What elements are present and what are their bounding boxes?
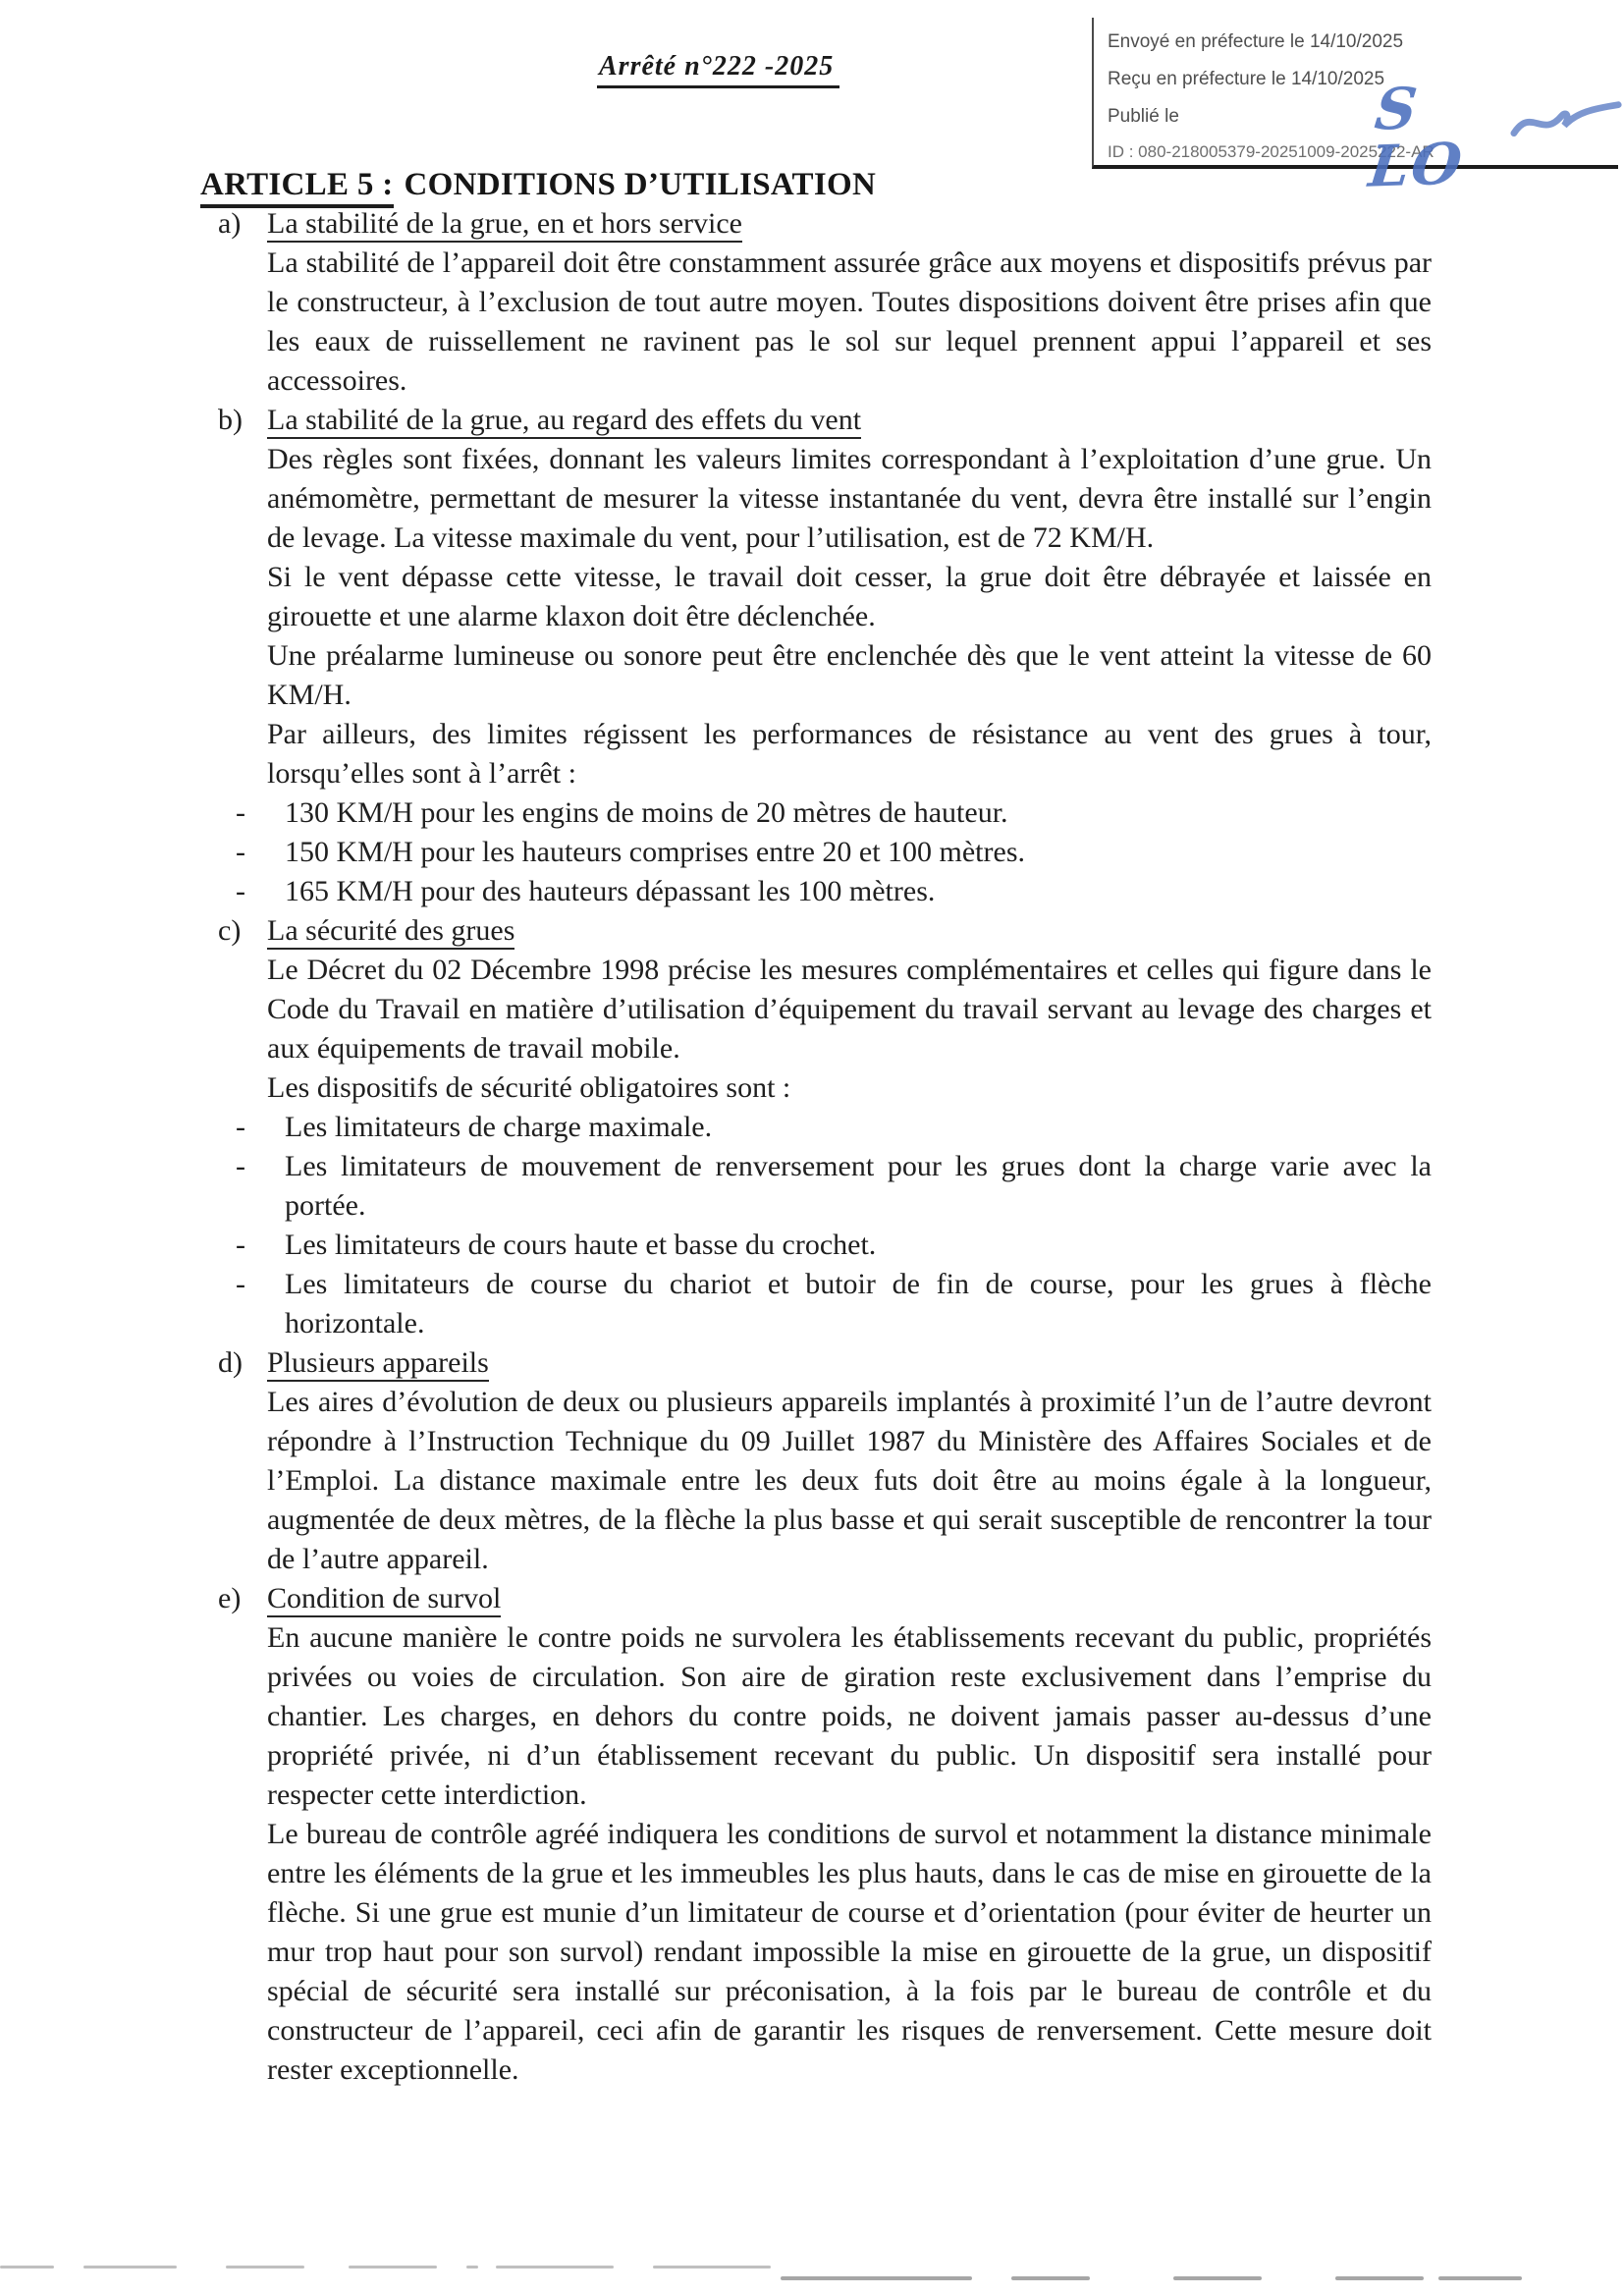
dash-marker: - — [236, 793, 245, 833]
section-e-heading: e) Condition de survol — [267, 1579, 1432, 1618]
list-item-text: Les limitateurs de mouvement de renverse… — [285, 1150, 1432, 1222]
article-title-number: ARTICLE 5 : — [200, 167, 394, 208]
scan-artifact — [349, 2266, 437, 2269]
list-item-text: Les limitateurs de charge maximale. — [285, 1111, 712, 1143]
scanned-document-page: Arrêté n°222 -2025 Envoyé en préfecture … — [0, 0, 1624, 2296]
list-item: -Les limitateurs de mouvement de renvers… — [267, 1147, 1432, 1226]
article-content: ARTICLE 5 :CONDITIONS D’UTILISATION a) L… — [200, 165, 1432, 2090]
section-b-label: b) — [218, 401, 243, 440]
list-item: -Les limitateurs de charge maximale. — [267, 1108, 1432, 1147]
section-a-heading: a) La stabilité de la grue, en et hors s… — [267, 204, 1432, 244]
scan-artifact — [1011, 2276, 1090, 2280]
section-d-title: Plusieurs appareils — [267, 1346, 489, 1382]
list-item-text: Les limitateurs de course du chariot et … — [285, 1268, 1432, 1339]
dash-marker: - — [236, 1108, 245, 1147]
list-item: -165 KM/H pour des hauteurs dépassant le… — [267, 872, 1432, 911]
scan-artifact — [83, 2266, 177, 2269]
list-item: -Les limitateurs de course du chariot et… — [267, 1265, 1432, 1343]
section-d: d) Plusieurs appareils Les aires d’évolu… — [267, 1343, 1432, 1579]
dash-marker: - — [236, 1265, 245, 1304]
paragraph: Le bureau de contrôle agréé indiquera le… — [267, 1815, 1432, 2090]
section-c-label: c) — [218, 911, 241, 951]
paragraph: Le Décret du 02 Décembre 1998 précise le… — [267, 951, 1432, 1068]
list-item: -130 KM/H pour les engins de moins de 20… — [267, 793, 1432, 833]
section-d-heading: d) Plusieurs appareils — [267, 1343, 1432, 1383]
paragraph: Par ailleurs, des limites régissent les … — [267, 715, 1432, 793]
scan-artifact — [466, 2266, 478, 2269]
dash-marker: - — [236, 1226, 245, 1265]
scan-artifact — [1173, 2276, 1262, 2280]
section-c-title: La sécurité des grues — [267, 914, 514, 950]
dash-marker: - — [236, 833, 245, 872]
prefecture-stamp-box: Envoyé en préfecture le 14/10/2025 Reçu … — [1092, 18, 1618, 169]
scan-artifact — [0, 2266, 54, 2269]
paragraph: Les aires d’évolution de deux ou plusieu… — [267, 1383, 1432, 1579]
section-c: c) La sécurité des grues Le Décret du 02… — [267, 911, 1432, 1343]
paragraph: En aucune manière le contre poids ne sur… — [267, 1618, 1432, 1815]
section-e: e) Condition de survol En aucune manière… — [267, 1579, 1432, 2090]
article-title-text: CONDITIONS D’UTILISATION — [405, 167, 877, 202]
paragraph: Une préalarme lumineuse ou sonore peut ê… — [267, 636, 1432, 715]
scan-artifact — [496, 2266, 614, 2269]
paragraph: Des règles sont fixées, donnant les vale… — [267, 440, 1432, 558]
list-item-text: 130 KM/H pour les engins de moins de 20 … — [285, 796, 1008, 829]
sections-container: a) La stabilité de la grue, en et hors s… — [267, 204, 1432, 2090]
paragraph: La stabilité de l’appareil doit être con… — [267, 244, 1432, 401]
scan-artifact — [1438, 2276, 1522, 2280]
section-a: a) La stabilité de la grue, en et hors s… — [267, 204, 1432, 401]
dash-marker: - — [236, 872, 245, 911]
list-item: -Les limitateurs de cours haute et basse… — [267, 1226, 1432, 1265]
section-e-title: Condition de survol — [267, 1582, 501, 1617]
scan-artifact — [781, 2276, 972, 2280]
section-a-label: a) — [218, 204, 241, 244]
dash-marker: - — [236, 1147, 245, 1186]
list-item-text: Les limitateurs de cours haute et basse … — [285, 1229, 876, 1261]
list-item: -150 KM/H pour les hauteurs comprises en… — [267, 833, 1432, 872]
section-b-title: La stabilité de la grue, au regard des e… — [267, 404, 861, 439]
section-b-heading: b) La stabilité de la grue, au regard de… — [267, 401, 1432, 440]
list-item-text: 150 KM/H pour les hauteurs comprises ent… — [285, 836, 1025, 868]
section-c-heading: c) La sécurité des grues — [267, 911, 1432, 951]
stamp-id-line: ID : 080-218005379-20251009-2025222-AR — [1108, 142, 1435, 162]
section-a-title: La stabilité de la grue, en et hors serv… — [267, 207, 742, 243]
article-title: ARTICLE 5 :CONDITIONS D’UTILISATION — [200, 165, 1432, 204]
doc-reference: Arrêté n°222 -2025 — [597, 51, 839, 88]
scan-artifact — [653, 2266, 771, 2269]
paragraph: Les dispositifs de sécurité obligatoires… — [267, 1068, 1432, 1108]
section-b: b) La stabilité de la grue, au regard de… — [267, 401, 1432, 911]
stamp-received-line: Reçu en préfecture le 14/10/2025 — [1108, 69, 1384, 90]
list-item-text: 165 KM/H pour des hauteurs dépassant les… — [285, 875, 935, 907]
stamp-published-line: Publié le — [1108, 106, 1179, 128]
section-d-label: d) — [218, 1343, 243, 1383]
scan-artifact — [226, 2266, 304, 2269]
section-e-label: e) — [218, 1579, 241, 1618]
stamp-sent-line: Envoyé en préfecture le 14/10/2025 — [1108, 31, 1403, 53]
paragraph: Si le vent dépasse cette vitesse, le tra… — [267, 558, 1432, 636]
scan-artifact — [1335, 2276, 1424, 2280]
